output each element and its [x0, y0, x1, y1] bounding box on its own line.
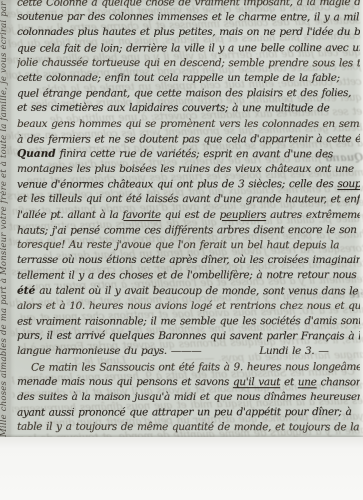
handwriting-line: table il y a toujours de même quantité d… — [17, 420, 360, 436]
margin-note: Mille choses aimables de ma part à Monsi… — [0, 0, 16, 437]
handwriting-line: langue harmonieuse du pays. ———Lundi le … — [17, 344, 360, 359]
handwriting-line: que cela fait de loin; derrière la ville… — [17, 41, 360, 57]
handwriting-line: soutenue par des colonnes immenses et le… — [17, 10, 360, 26]
handwriting-line: été au talent où il y avait beaucoup de … — [17, 283, 360, 299]
handwriting-line: montagnes les plus boisées les ruines de… — [17, 162, 360, 177]
handwriting-line: quel étrange pendant, que cette maison d… — [17, 86, 360, 102]
scan-bed-below-page — [0, 437, 363, 500]
handwriting-line: et ses cimetières aux lapidaires couvert… — [17, 101, 360, 117]
handwriting-line: cette colonnade; enfin tout cela rappell… — [17, 71, 360, 86]
handwriting-line: à des fermiers et ne se doutent pas que … — [17, 132, 360, 148]
handwriting-line: des suites à la maison jusqu'à midi et q… — [17, 390, 360, 405]
handwriting-line: Quand finira cette rue de variétés; espr… — [17, 147, 360, 163]
handwriting-line: menade mais nous qui pensons et savons q… — [17, 374, 360, 390]
handwriting-line: ayant aussi prononcé que attraper un peu… — [17, 405, 360, 421]
handwriting-line: toresque! Au reste j'avoue que l'on fera… — [17, 238, 360, 254]
handwriting-line: beaux gens hommes qui se promènent vers … — [17, 117, 360, 132]
handwriting-line: alors et à 10. heures nous avions logé e… — [17, 299, 360, 314]
handwriting-line: venue d'énormes châteaux qui ont plus de… — [17, 177, 360, 193]
handwriting-line: tellement il y a des choses et de l'ombe… — [17, 268, 360, 284]
handwriting-line: terrasse où nous étions cette après dîne… — [17, 253, 360, 268]
handwriting-line: hauts; j'ai pensé comme ces différents a… — [17, 223, 360, 239]
letter-page: cette Colonne a quelque chose de vraimen… — [0, 0, 363, 437]
handwriting-line: jolie chaussée tortueuse qui en descend;… — [17, 55, 360, 71]
scan-background: cette Colonne a quelque chose de vraimen… — [0, 0, 363, 500]
handwriting-line: purs, il est arrivé quelques Baronnes qu… — [17, 329, 360, 345]
handwriting-line: l'allée pt. allant à la favorite qui est… — [17, 208, 360, 223]
handwriting-text: cette Colonne a quelque chose de vraimen… — [17, 0, 360, 435]
handwriting-line: Ce matin les Sanssoucis ont été faits à … — [17, 359, 360, 375]
handwriting-line: est vraiment raisonnable; il me semble q… — [17, 314, 360, 330]
handwriting-line: et les tilleuls qui ont été laissés avan… — [17, 192, 360, 208]
handwriting-line: colonnades plus hautes et plus petites, … — [17, 25, 360, 40]
